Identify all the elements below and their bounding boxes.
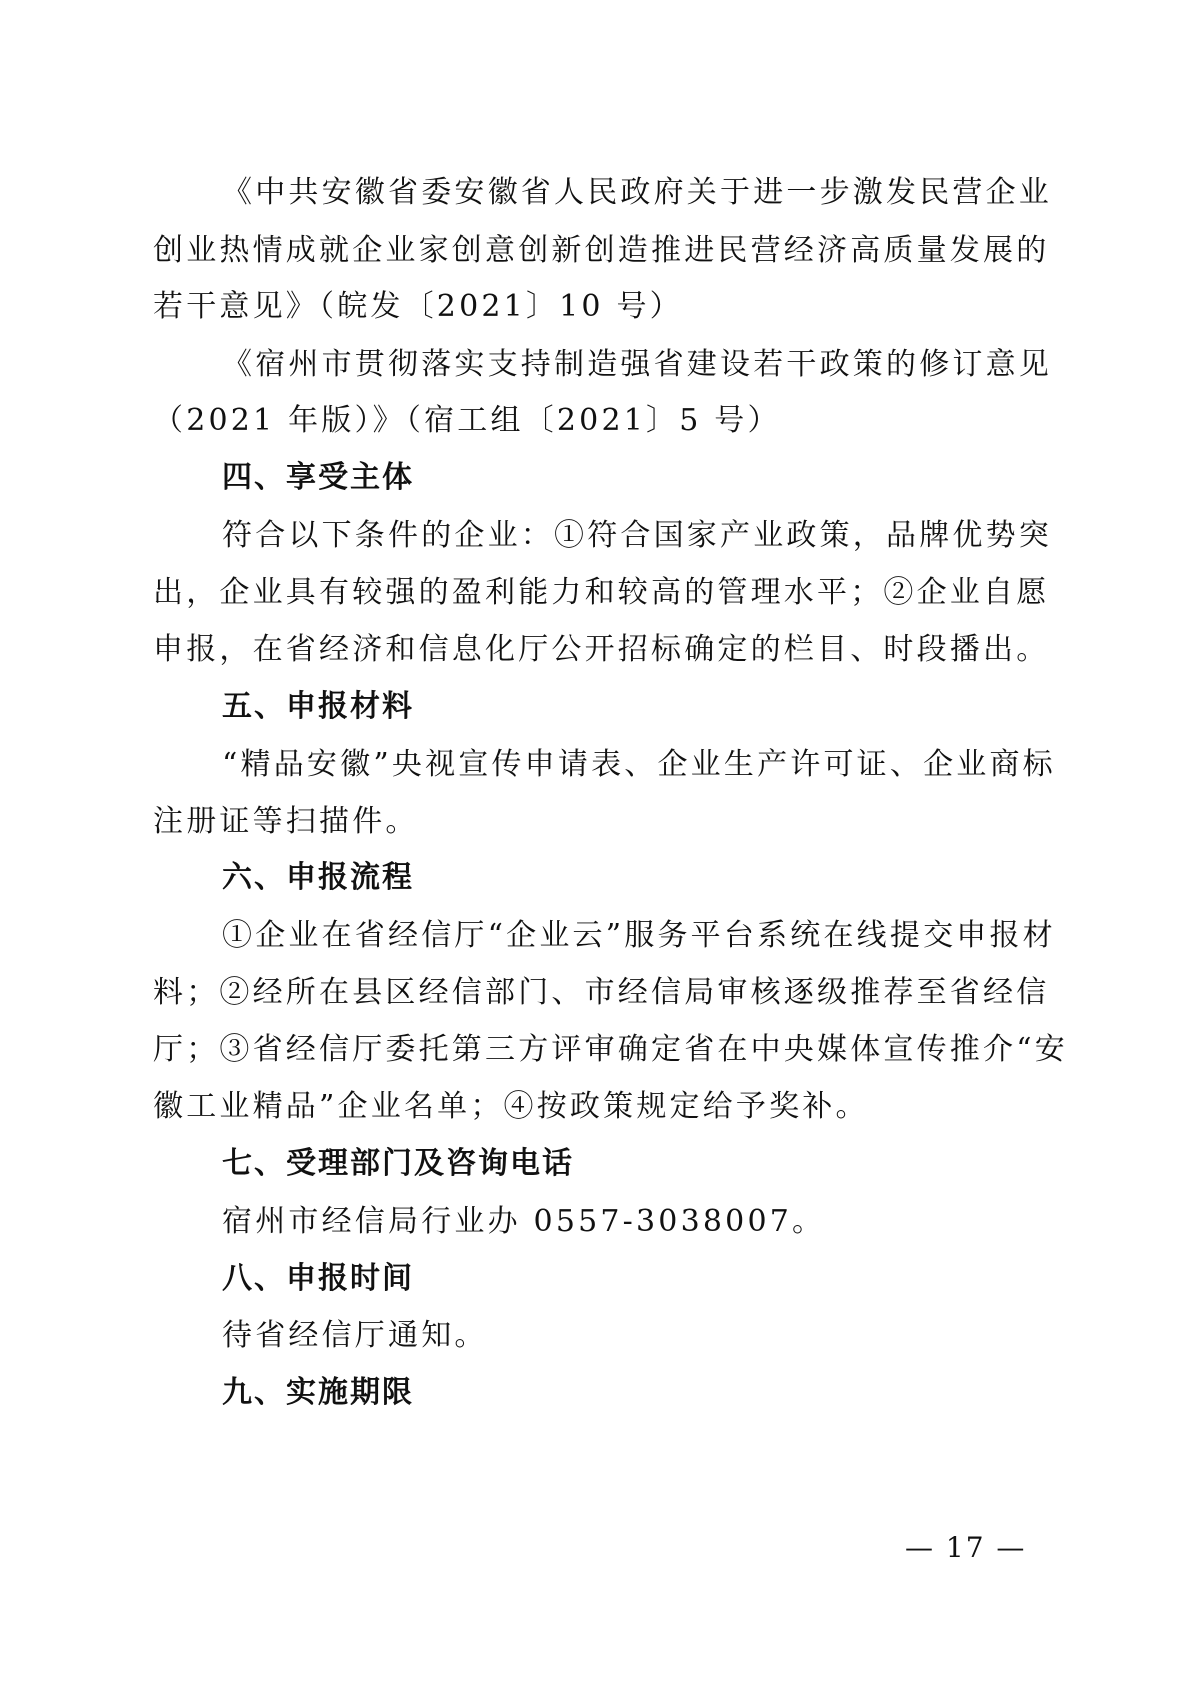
procedure-text-line: 料；②经所在县区经信部门、市经信局审核逐级推荐至省经信 [153,973,1033,1013]
contact-text: 宿州市经信局行业办 0557-3038007。 [222,1202,1102,1242]
materials-text-line: “精品安徽”央视宣传申请表、企业生产许可证、企业商标 [222,745,1102,785]
application-time-text: 待省经信厅通知。 [222,1316,1102,1356]
section-heading-materials: 五、申报材料 [222,687,1102,727]
eligibility-text-line: 申报，在省经济和信息化厅公开招标确定的栏目、时段播出。 [153,630,1033,670]
eligibility-text-line: 出，企业具有较强的盈利能力和较高的管理水平；②企业自愿 [153,573,1033,613]
policy-reference-line: （2021 年版）》（宿工组〔2021〕5 号） [153,401,1033,441]
procedure-text-line: 徽工业精品”企业名单；④按政策规定给予奖补。 [153,1087,1033,1127]
section-heading-eligible-subjects: 四、享受主体 [222,458,1102,498]
document-page: 《中共安徽省委安徽省人民政府关于进一步激发民营企业 创业热情成就企业家创意创新创… [0,0,1190,1683]
procedure-text-line: 厅；③省经信厅委托第三方评审确定省在中央媒体宣传推介“安 [153,1030,1033,1070]
procedure-text-line: ①企业在省经信厅“企业云”服务平台系统在线提交申报材 [222,916,1102,956]
eligibility-text-line: 符合以下条件的企业：①符合国家产业政策，品牌优势突 [222,516,1102,556]
policy-reference-line: 若干意见》（皖发〔2021〕10 号） [153,287,1033,327]
policy-reference-line: 《中共安徽省委安徽省人民政府关于进一步激发民营企业 [222,173,1102,213]
policy-reference-line: 创业热情成就企业家创意创新创造推进民营经济高质量发展的 [153,231,1033,271]
section-heading-application-time: 八、申报时间 [222,1259,1102,1299]
policy-reference-line: 《宿州市贯彻落实支持制造强省建设若干政策的修订意见 [222,345,1102,385]
materials-text-line: 注册证等扫描件。 [153,802,1033,842]
section-heading-implementation-period: 九、实施期限 [222,1373,1102,1413]
section-heading-contact: 七、受理部门及咨询电话 [222,1144,1102,1184]
page-number: — 17 — [905,1530,1026,1566]
section-heading-procedure: 六、申报流程 [222,858,1102,898]
